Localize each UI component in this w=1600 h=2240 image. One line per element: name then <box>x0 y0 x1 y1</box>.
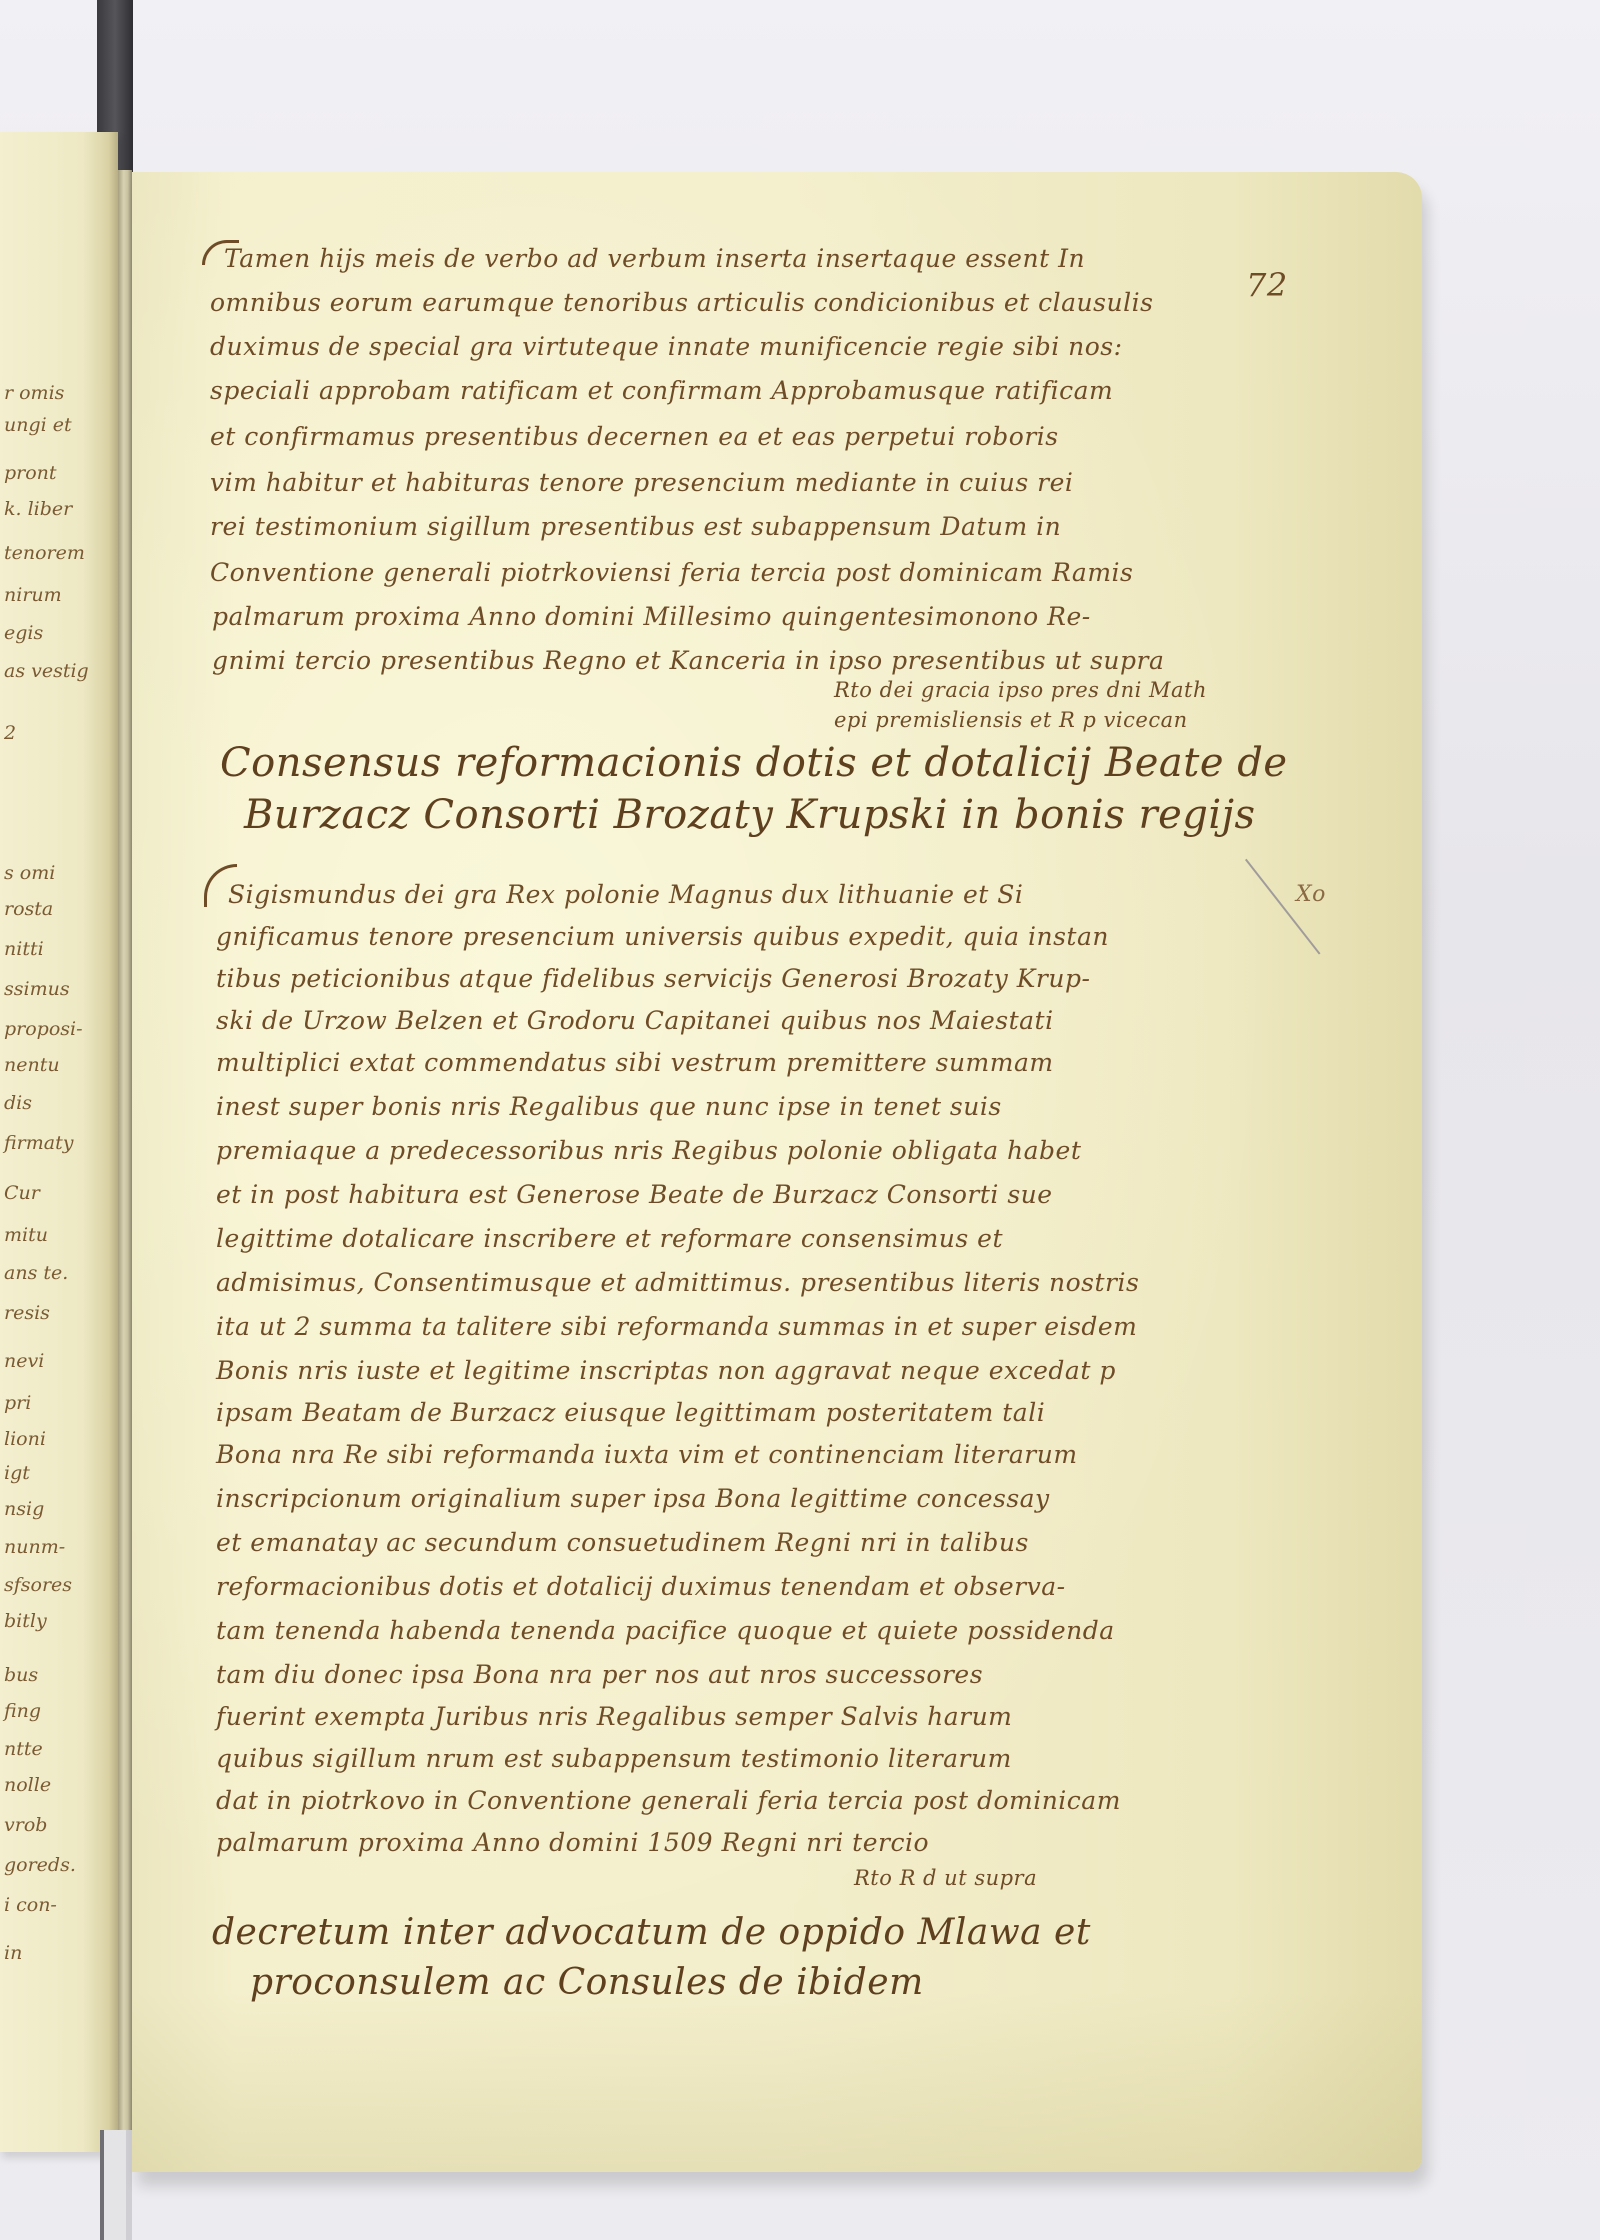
margin-fragment: r omis <box>4 382 64 404</box>
text-line: reformacionibus dotis et dotalicij duxim… <box>216 1572 1066 1602</box>
margin-fragment: nevi <box>4 1350 44 1372</box>
right-page: Tamen hijs meis de verbo ad verbum inser… <box>132 172 1422 2172</box>
page-gutter <box>118 170 132 2240</box>
margin-fragment: mitu <box>4 1224 48 1246</box>
margin-fragment: goreds. <box>4 1854 76 1876</box>
margin-fragment: lioni <box>4 1428 46 1450</box>
margin-fragment: Cur <box>4 1182 40 1204</box>
text-line: palmarum proxima Anno domini 1509 Regni … <box>216 1828 929 1858</box>
text-line: Tamen hijs meis de verbo ad verbum inser… <box>224 244 1085 274</box>
text-line: gnificamus tenore presencium universis q… <box>216 922 1109 952</box>
text-line: inscripcionum originalium super ipsa Bon… <box>216 1484 1050 1514</box>
margin-fragment: s omi <box>4 862 55 884</box>
binding-edge-lower <box>100 2130 132 2240</box>
text-line: ski de Urzow Belzen et Grodoru Capitanei… <box>216 1006 1054 1036</box>
text-line: gnimi tercio presentibus Regno et Kancer… <box>212 646 1164 676</box>
margin-fragment: sfsores <box>4 1574 72 1596</box>
margin-fragment: nolle <box>4 1774 51 1796</box>
text-line: quibus sigillum nrum est subappensum tes… <box>216 1744 1012 1774</box>
text-line: speciali approbam ratificam et confirmam… <box>210 376 1113 406</box>
text-line: admisimus, Consentimusque et admittimus.… <box>216 1268 1139 1298</box>
margin-fragment: ntte <box>4 1738 43 1760</box>
margin-fragment: k. liber <box>4 498 72 520</box>
margin-fragment: igt <box>4 1462 30 1484</box>
chancery-note: Rto R d ut supra <box>854 1866 1037 1890</box>
margin-fragment: vrob <box>4 1814 47 1836</box>
text-line: fuerint exempta Juribus nris Regalibus s… <box>216 1702 1012 1732</box>
text-line: omnibus eorum earumque tenoribus articul… <box>210 288 1153 318</box>
margin-fragment: nentu <box>4 1054 60 1076</box>
margin-fragment: bus <box>4 1664 38 1686</box>
text-line: rei testimonium sigillum presentibus est… <box>210 512 1061 542</box>
margin-fragment: ans te. <box>4 1262 68 1284</box>
margin-fragment: pri <box>4 1392 31 1414</box>
text-line: Bonis nris iuste et legitime inscriptas … <box>216 1356 1116 1386</box>
text-line: multiplici extat commendatus sibi vestru… <box>216 1048 1054 1078</box>
text-line: tam tenenda habenda tenenda pacifice quo… <box>216 1616 1115 1646</box>
text-line: premiaque a predecessoribus nris Regibus… <box>216 1136 1081 1166</box>
margin-fragment: in <box>4 1942 22 1964</box>
page-number: 72 <box>1246 266 1288 304</box>
text-line: palmarum proxima Anno domini Millesimo q… <box>212 602 1091 632</box>
margin-fragment: firmaty <box>4 1132 73 1154</box>
margin-fragment: nirum <box>4 584 62 606</box>
entry-heading: Burzacz Consorti Brozaty Krupski in boni… <box>244 792 1256 838</box>
margin-fragment: resis <box>4 1302 50 1324</box>
margin-fragment: as vestig <box>4 660 89 682</box>
text-line: et confirmamus presentibus decernen ea e… <box>210 422 1059 452</box>
left-page: r omis ungi et pront k. liber tenorem ni… <box>0 132 118 2152</box>
margin-fragment: pront <box>4 462 57 484</box>
text-line: Conventione generali piotrkoviensi feria… <box>210 558 1133 588</box>
text-line: tibus peticionibus atque fidelibus servi… <box>216 964 1090 994</box>
margin-fragment: dis <box>4 1092 32 1114</box>
margin-fragment: bitly <box>4 1610 47 1632</box>
entry-heading: Consensus reformacionis dotis et dotalic… <box>220 740 1288 786</box>
text-line: Bona nra Re sibi reformanda iuxta vim et… <box>216 1440 1078 1470</box>
chancery-note: Rto dei gracia ipso pres dni Math <box>834 678 1207 702</box>
margin-fragment: egis <box>4 622 43 644</box>
text-line: tam diu donec ipsa Bona nra per nos aut … <box>216 1660 983 1690</box>
margin-fragment: rosta <box>4 898 53 920</box>
margin-fragment: i con- <box>4 1894 57 1916</box>
text-line: ipsam Beatam de Burzacz eiusque legittim… <box>216 1398 1045 1428</box>
entry-heading: decretum inter advocatum de oppido Mlawa… <box>212 1912 1091 1954</box>
margin-fragment: nunm- <box>4 1536 65 1558</box>
text-line: dat in piotrkovo in Conventione generali… <box>216 1786 1121 1816</box>
text-line: duximus de special gra virtuteque innate… <box>210 332 1123 362</box>
margin-fragment: nitti <box>4 938 44 960</box>
text-line: legittime dotalicare inscribere et refor… <box>216 1224 1003 1254</box>
margin-fragment: tenorem <box>4 542 85 564</box>
text-line: ita ut 2 summa ta talitere sibi reforman… <box>216 1312 1137 1342</box>
text-line: Sigismundus dei gra Rex polonie Magnus d… <box>228 880 1023 910</box>
text-line: et in post habitura est Generose Beate d… <box>216 1180 1053 1210</box>
margin-fragment: proposi- <box>4 1018 83 1040</box>
margin-fragment: 2 <box>4 722 16 744</box>
folio-margin-mark: Xo <box>1296 882 1326 907</box>
margin-fragment: ssimus <box>4 978 70 1000</box>
entry-heading: proconsulem ac Consules de ibidem <box>250 1962 924 2004</box>
chancery-note: epi premisliensis et R p vicecan <box>834 708 1188 732</box>
margin-fragment: nsig <box>4 1498 44 1520</box>
text-line: et emanatay ac secundum consuetudinem Re… <box>216 1528 1029 1558</box>
text-line: vim habitur et habituras tenore presenci… <box>210 468 1073 498</box>
text-line: inest super bonis nris Regalibus que nun… <box>216 1092 1002 1122</box>
margin-fragment: ungi et <box>4 414 72 436</box>
margin-fragment: fing <box>4 1700 41 1722</box>
